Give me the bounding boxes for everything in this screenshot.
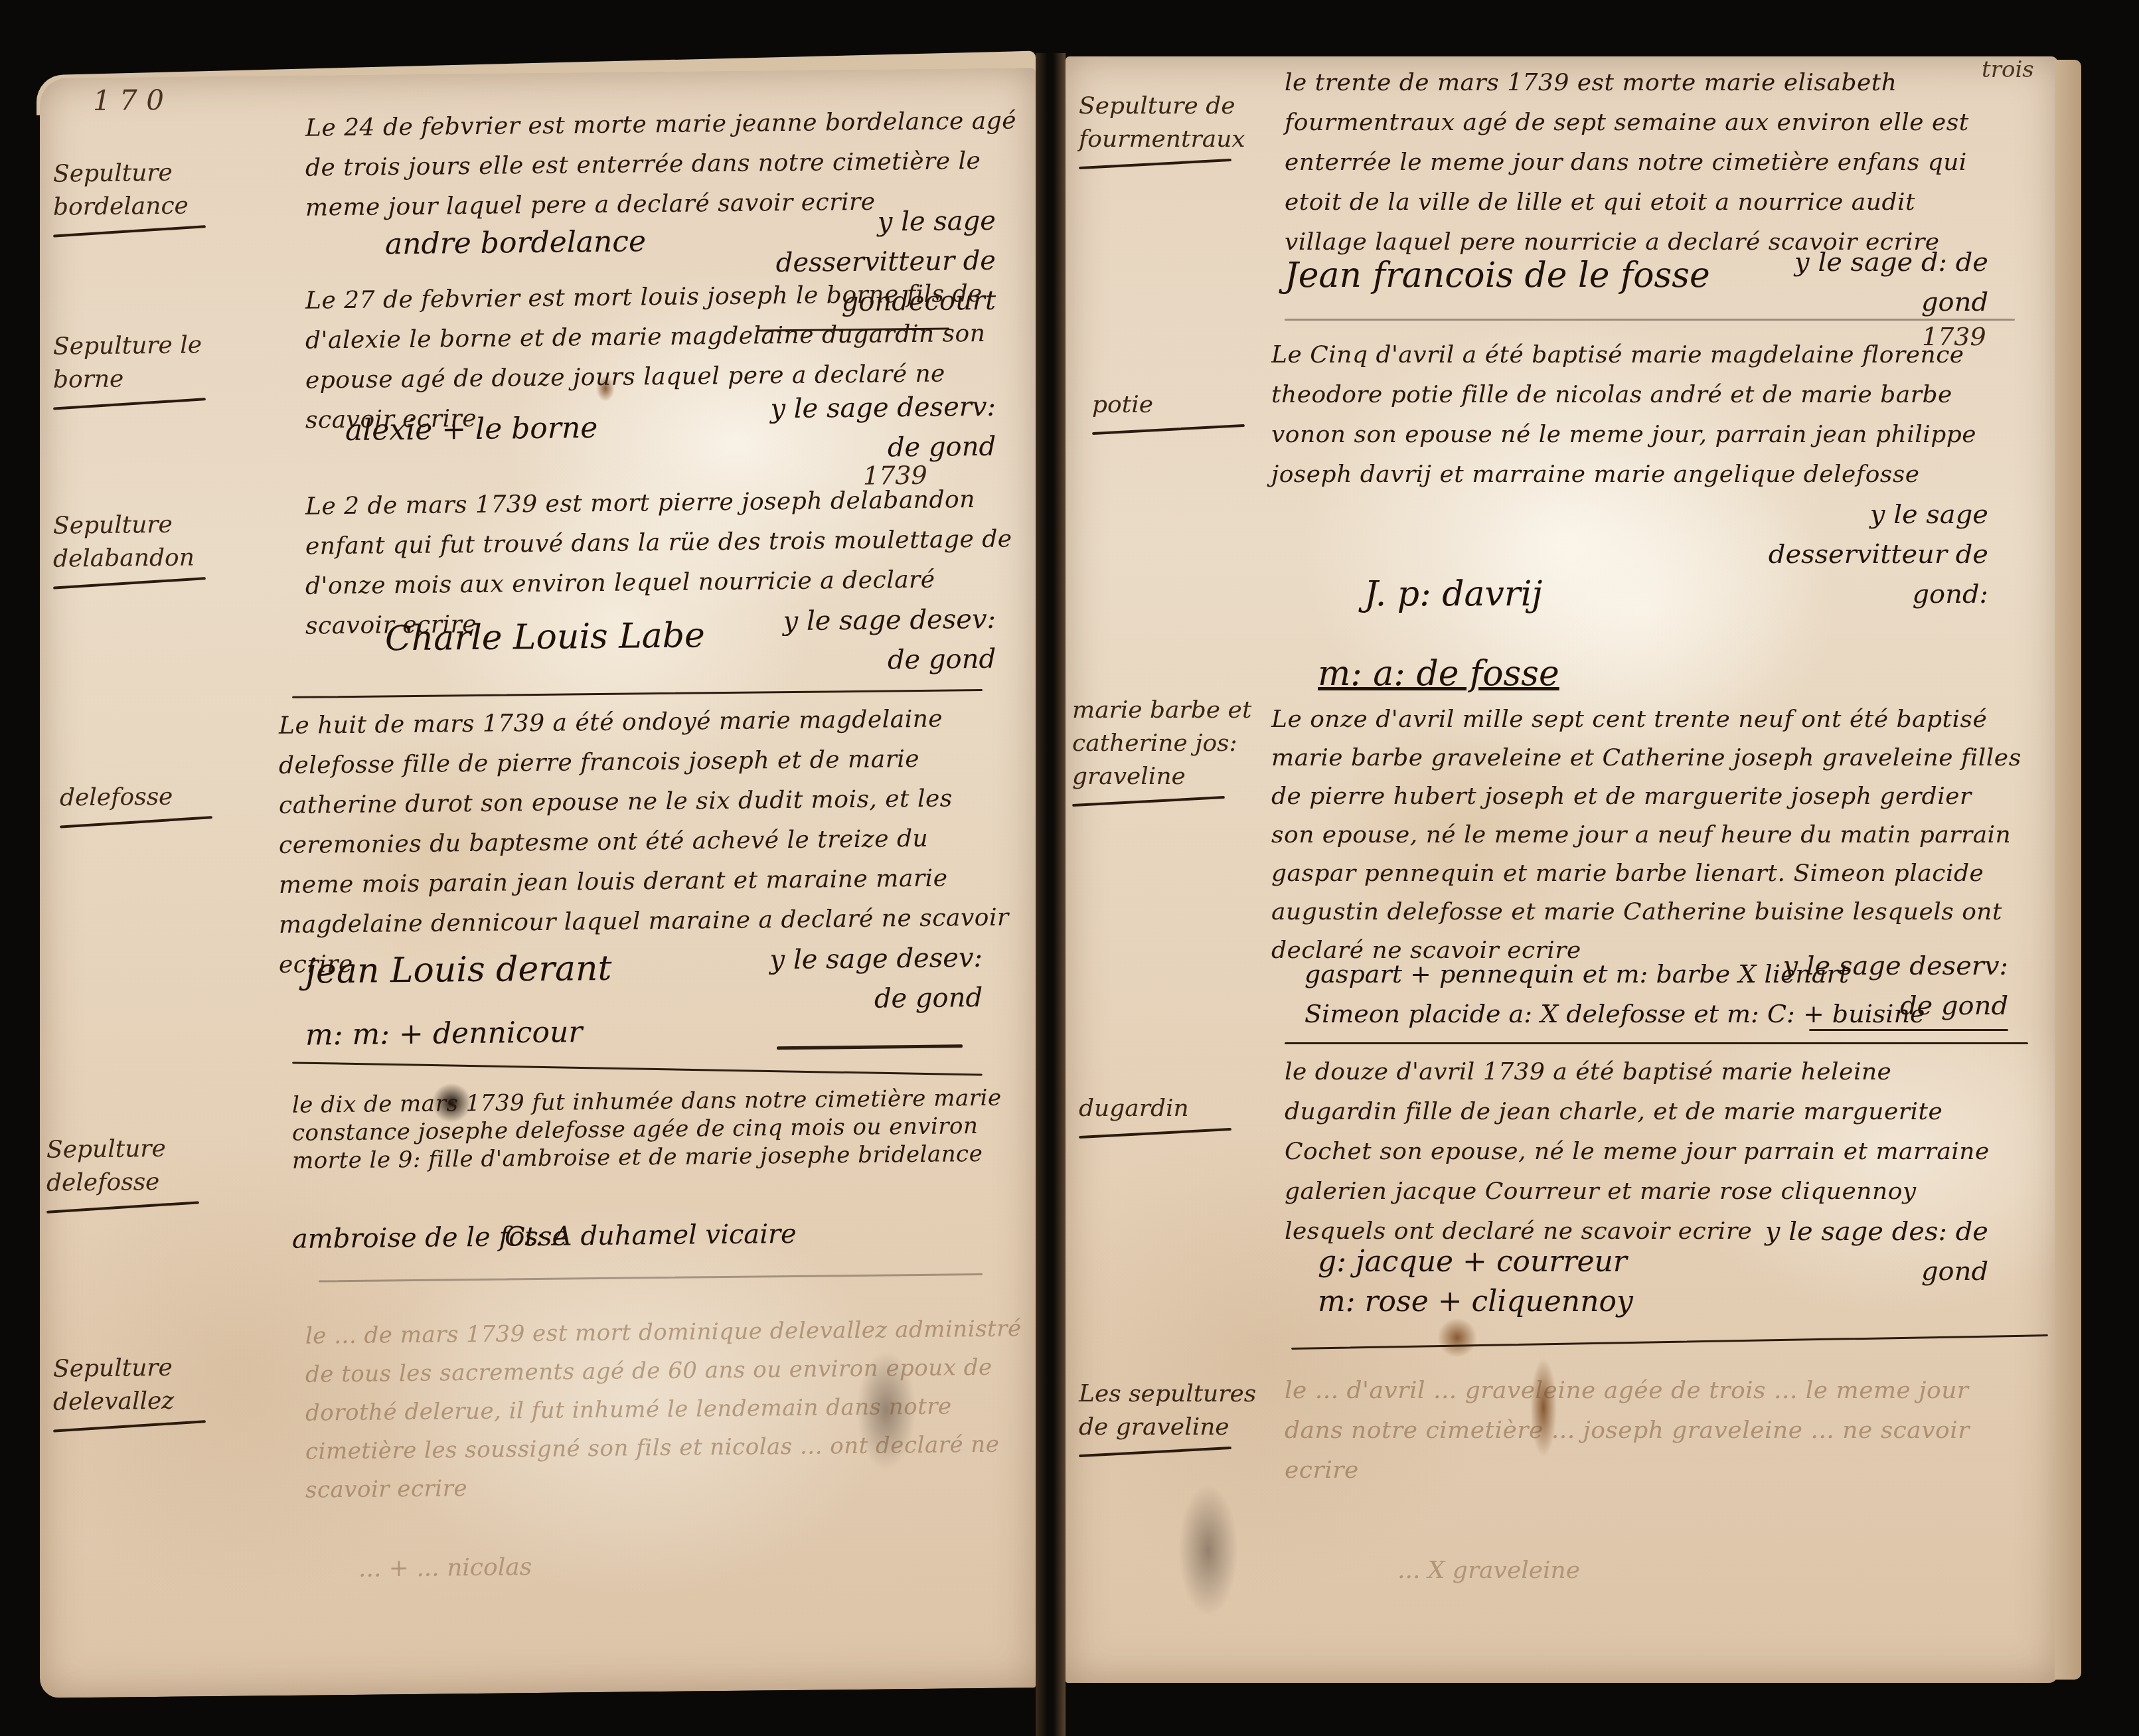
cleric-signature: y le sage des: de gond [1749,1212,1988,1291]
cleric-signature: Ct: A duhamel vicaire [505,1219,797,1253]
cleric-signature: y le sage d: de gond [1749,242,1988,322]
margin-heading: dugardin [1079,1092,1278,1135]
faded-signature: ... X graveleine [1397,1557,1580,1584]
margin-rule [46,1201,199,1213]
margin-heading: Sepulture delefosse [46,1132,246,1210]
entry-separator [777,1044,963,1050]
entry-separator [1285,1042,2028,1044]
margin-heading: delefosse [60,779,259,824]
margin-rule [53,577,206,589]
margin-heading: Sepulture le borne [53,329,252,406]
margin-heading: potie [1092,388,1291,431]
margin-heading-text: Sepulture delevallez [53,1354,174,1416]
witness-signature: Jean francois de le fosse [1285,256,1710,295]
book-spine [1036,53,1066,1736]
margin-heading: marie barbe et catherine jos: graveline [1072,694,1271,803]
margin-heading-text: delefosse [60,783,173,812]
margin-heading-text: Sepulture delefosse [46,1135,166,1197]
entry-text: Le Cinq d'avril a été baptisé marie magd… [1271,335,1988,495]
godfather-signature: J. p: davrij [1364,574,1542,614]
margin-heading: Sepulture delevallez [53,1351,252,1429]
left-page: 1 7 0 Sepulture bordelance Le 24 de febv… [40,68,1036,1698]
entry-separator [1285,319,2015,321]
shadow-smudge [1178,1484,1238,1617]
margin-rule [60,816,212,828]
margin-heading: Sepulture bordelance [53,156,252,234]
entry-separator [292,1062,983,1075]
entry-text: le trente de mars 1739 est morte marie e… [1285,63,2002,262]
cleric-signature: y le sage desev: de gond [757,599,996,682]
margin-heading: Sepulture delabandon [53,508,252,586]
entry-text: le dix de mars 1739 fut inhumée dans not… [292,1084,1009,1175]
entry-separator [319,1273,983,1282]
margin-rule [53,398,206,410]
godmother-mark: m: rose + cliquennoy [1318,1285,1633,1318]
godfather-signature: jean Louis derant [305,949,611,992]
entry-text: Le onze d'avril mille sept cent trente n… [1271,700,2021,970]
godmother-signature: m: a: de fosse [1318,654,1559,694]
margin-rule [1079,159,1231,169]
margin-heading-text: Sepulture bordelance [53,159,189,221]
margin-heading: Sepulture de fourmentraux [1079,90,1278,165]
entry-text: le ... de mars 1739 est mort dominique d… [305,1309,1022,1509]
godfather-mark: g: jacque + courreur [1318,1245,1627,1279]
witness-signature: alexie + le borne [345,411,597,447]
witness-marks: gaspart + pennequin et m: barbe X lienar… [1305,959,1849,988]
entry-separator [1291,1334,2048,1350]
margin-rule [1092,424,1245,435]
margin-rule [1079,1128,1231,1139]
margin-heading-text: marie barbe et catherine jos: graveline [1072,696,1251,790]
margin-rule [53,225,206,237]
margin-rule [1072,796,1225,807]
ink-blot [1437,1318,1477,1358]
margin-rule [1079,1447,1231,1457]
cleric-signature: y le sage desservitteur de gond: [1749,495,1988,614]
witness-signature: Charle Louis Labe [385,615,705,659]
entry-text: le ... d'avril ... graveleine agée de tr… [1285,1371,2002,1490]
entry-separator [292,689,983,698]
right-page-edge [2055,60,2081,1680]
margin-heading-text: potie [1092,391,1153,418]
open-register-book: 1 7 0 Sepulture bordelance Le 24 de febv… [0,0,2139,1736]
margin-heading-text: Sepulture de fourmentraux [1079,92,1245,153]
margin-heading-text: Les sepultures de graveline [1079,1380,1256,1441]
margin-heading-text: Sepulture le borne [53,331,202,393]
entry-separator [1809,1029,2008,1031]
witness-signature: andre bordelance [385,224,646,261]
margin-heading-text: dugardin [1079,1095,1189,1122]
page-corner-number: 1 7 0 [93,84,164,117]
margin-heading-text: Sepulture delabandon [53,511,195,573]
cleric-signature: y le sage deserv: de gond [757,387,996,469]
faded-signature: ... + ... nicolas [358,1553,532,1583]
godmother-mark: m: m: + dennicour [305,1015,582,1052]
cleric-signature: y le sage desev: de gond [744,938,983,1020]
margin-rule [53,1420,206,1432]
margin-heading: Les sepultures de graveline [1079,1378,1278,1453]
right-page: trois Sepulture de fourmentraux le trent… [1066,56,2058,1683]
cleric-signature: y le sage deserv: de gond [1769,946,2008,1026]
